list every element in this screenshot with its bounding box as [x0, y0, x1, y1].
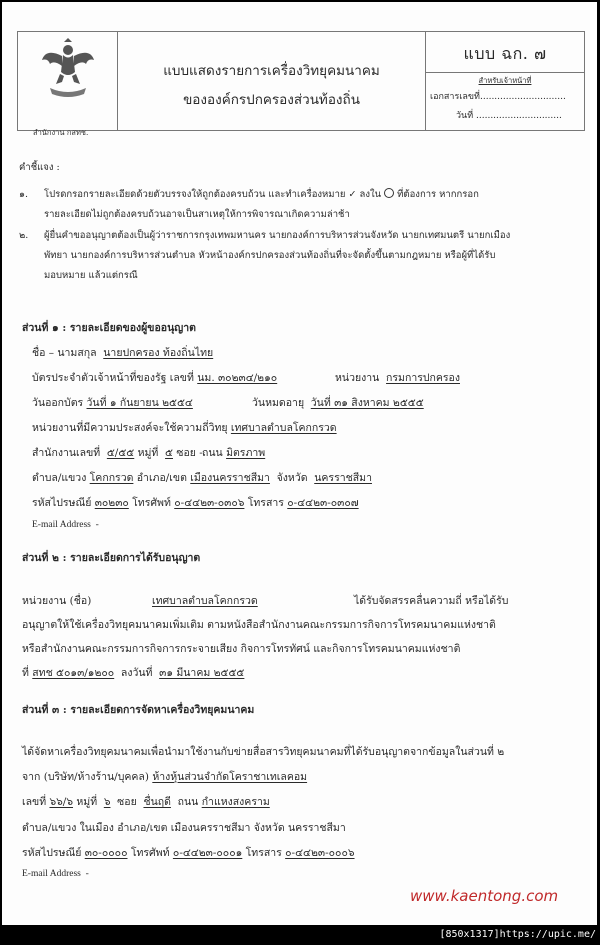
requesting-unit-value[interactable]: เทศบาลตำบลโคกกรวด	[231, 422, 337, 434]
permit-date-value[interactable]: ๓๑ มีนาคม ๒๕๕๕	[159, 667, 244, 679]
instruction-2-line2: พัทยา นายกองค์การบริหารส่วนตำบล หัวหน้าอ…	[44, 248, 495, 263]
applicant-name-row: ชื่อ – นามสกุล นายปกครอง ท้องถิ่นไทย	[32, 344, 213, 361]
amphoe-value[interactable]: เมืองนครราชสีมา	[190, 472, 270, 484]
office-no-value[interactable]: ๕/๕๕	[107, 447, 134, 459]
vendor-email-row: E-mail Address -	[22, 869, 89, 879]
form-header: สำนักงาน กสทช. แบบแสดงรายการเครื่องวิทยุ…	[17, 31, 585, 131]
postal-value[interactable]: ๓๐๒๓๐	[95, 497, 129, 509]
vendor-row: จาก (บริษัท/ห้างร้าน/บุคคล) ห้างหุ้นส่วน…	[22, 768, 307, 785]
instructions-heading: คำชี้แจง :	[19, 160, 60, 175]
procurement-line1: ได้จัดหาเครื่องวิทยุคมนาคมเพื่อนำมาใช้งา…	[22, 743, 504, 760]
location-row: ตำบล/แขวง โคกกรวด อำเภอ/เขต เมืองนครราชส…	[32, 469, 372, 486]
logo-cell: สำนักงาน กสทช.	[18, 32, 118, 130]
vendor-location-row: ตำบล/แขวง ในเมือง อำเภอ/เขต เมืองนครราชส…	[22, 819, 346, 836]
instruction-2-number: ๒.	[19, 228, 28, 243]
issue-date-value[interactable]: วันที่ ๑ กันยายน ๒๕๕๔	[87, 397, 193, 409]
form-code: แบบ ฉก. ๗	[426, 42, 584, 67]
instruction-1-number: ๑.	[19, 187, 28, 202]
section1-heading: ส่วนที่ ๑ : รายละเอียดของผู้ขออนุญาต	[22, 319, 196, 336]
image-host-footer: [850x1317]https://upic.me/	[439, 929, 596, 940]
moo-value[interactable]: ๕	[165, 447, 173, 459]
requesting-unit-row: หน่วยงานที่มีความประสงค์จะใช้ความถี่วิทย…	[32, 419, 337, 436]
road-value[interactable]: มิตรภาพ	[226, 447, 265, 459]
road-row: ถนน มิตรภาพ	[202, 444, 265, 461]
title-cell: แบบแสดงรายการเครื่องวิทยุคมนาคม ขององค์ก…	[118, 32, 426, 130]
issue-date-row: วันออกบัตร วันที่ ๑ กันยายน ๒๕๕๔	[32, 394, 193, 411]
expire-date-value[interactable]: วันที่ ๓๑ สิงหาคม ๒๕๕๕	[311, 397, 424, 409]
vendor-value[interactable]: ห้างหุ้นส่วนจำกัดโคราชาเทเลคอม	[152, 771, 307, 783]
vendor-soi-value[interactable]: ชื่นฤดี	[143, 796, 170, 808]
form-title-line2: ขององค์กรปกครองส่วนท้องถิ่น	[118, 88, 425, 110]
fax-value[interactable]: ๐-๔๔๒๓-๐๓๐๗	[287, 497, 358, 509]
officer-only-label: สำหรับเจ้าหน้าที่	[426, 75, 584, 87]
vendor-address-row: เลขที่ ๖๖/๖ หมู่ที่ ๖ ซอย ชื่นฤดี ถนน กำ…	[22, 793, 270, 810]
permit-ref-row: ที่ สทช ๕๐๑๓/๑๒๐๐ ลงวันที่ ๓๑ มีนาคม ๒๕๕…	[22, 664, 244, 681]
office-label: สำนักงาน กสทช.	[33, 127, 88, 139]
instruction-2-line1: ผู้ยื่นคำขออนุญาตต้องเป็นผู้ว่าราชการกรุ…	[44, 228, 510, 243]
contact-row: รหัสไปรษณีย์ ๓๐๒๓๐ โทรศัพท์ ๐-๔๔๒๓-๐๓๐๖ …	[32, 494, 359, 511]
permit-line3: หรือสำนักงานคณะกรรมการกิจการกระจายเสียง …	[22, 640, 460, 657]
vendor-moo-value[interactable]: ๖	[104, 796, 111, 808]
vendor-fax-value[interactable]: ๐-๔๔๒๓-๐๐๐๖	[285, 847, 354, 859]
permit-unit-value[interactable]: เทศบาลตำบลโคกกรวด	[152, 592, 258, 609]
permit-line2: อนุญาตให้ใช้เครื่องวิทยุคมนาคมเพิ่มเติม …	[22, 616, 496, 633]
date-dots: ..............................	[476, 111, 562, 121]
vendor-email-value[interactable]: -	[86, 869, 89, 879]
tambon-value[interactable]: โคกกรวด	[90, 472, 134, 484]
scanned-form-page: สำนักงาน กสทช. แบบแสดงรายการเครื่องวิทยุ…	[2, 2, 597, 925]
email-row: E-mail Address -	[32, 520, 99, 530]
section3-heading: ส่วนที่ ๓ : รายละเอียดการจัดหาเครื่องวิท…	[22, 701, 254, 718]
agency-row: หน่วยงาน กรมการปกครอง	[335, 369, 460, 386]
vendor-phone-value[interactable]: ๐-๔๔๒๓-๐๐๐๑	[173, 847, 242, 859]
province-value[interactable]: นครราชสีมา	[314, 472, 372, 484]
date-field[interactable]: วันที่ ..............................	[456, 108, 562, 122]
applicant-name-value[interactable]: นายปกครอง ท้องถิ่นไทย	[103, 347, 213, 359]
permit-line1-tail: ได้รับจัดสรรคลื่นความถี่ หรือได้รับ	[354, 592, 508, 609]
vendor-postal-value[interactable]: ๓๐-๐๐๐๐	[85, 847, 128, 859]
form-title-line1: แบบแสดงรายการเครื่องวิทยุคมนาคม	[118, 59, 425, 81]
vendor-road-value[interactable]: กำแหงสงคราม	[202, 796, 270, 808]
garuda-emblem-icon	[38, 38, 98, 100]
permit-unit-label: หน่วยงาน (ชื่อ)	[22, 592, 91, 609]
watermark-link[interactable]: www.kaentong.com	[410, 887, 558, 905]
id-card-value[interactable]: นม. ๓๐๒๓๔/๒๑๐	[197, 372, 277, 384]
radio-circle-icon	[384, 188, 394, 198]
email-value[interactable]: -	[96, 520, 99, 530]
vendor-no-value[interactable]: ๖๖/๖	[49, 796, 73, 808]
instruction-1-line2: รายละเอียดไม่ถูกต้องครบถ้วนอาจเป็นสาเหตุ…	[44, 207, 350, 222]
date-label: วันที่	[456, 111, 473, 121]
office-address-row: สำนักงานเลขที่ ๕/๕๕ หมู่ที่ ๕ ซอย -	[32, 444, 203, 461]
permit-ref-value[interactable]: สทช ๕๐๑๓/๑๒๐๐	[32, 667, 114, 679]
agency-value[interactable]: กรมการปกครอง	[386, 372, 460, 384]
form-code-cell: แบบ ฉก. ๗ สำหรับเจ้าหน้าที่ เอกสารเลขที่…	[426, 32, 584, 130]
doc-number-dots: ..............................	[480, 92, 566, 102]
doc-number-field[interactable]: เอกสารเลขที่............................…	[430, 89, 566, 103]
doc-number-label: เอกสารเลขที่	[430, 92, 480, 102]
instruction-2-line3: มอบหมาย แล้วแต่กรณี	[44, 268, 138, 283]
expire-date-row: วันหมดอายุ วันที่ ๓๑ สิงหาคม ๒๕๕๕	[252, 394, 424, 411]
phone-value[interactable]: ๐-๔๔๒๓-๐๓๐๖	[174, 497, 244, 509]
id-card-row: บัตรประจำตัวเจ้าหน้าที่ของรัฐ เลขที่ นม.…	[32, 369, 277, 386]
form-code-box: แบบ ฉก. ๗	[426, 32, 584, 73]
instruction-1-line1: โปรดกรอกรายละเอียดด้วยตัวบรรจงให้ถูกต้อง…	[44, 187, 479, 202]
vendor-contact-row: รหัสไปรษณีย์ ๓๐-๐๐๐๐ โทรศัพท์ ๐-๔๔๒๓-๐๐๐…	[22, 844, 355, 861]
section2-heading: ส่วนที่ ๒ : รายละเอียดการได้รับอนุญาต	[22, 549, 200, 566]
checkmark-icon: ✓	[349, 189, 357, 200]
